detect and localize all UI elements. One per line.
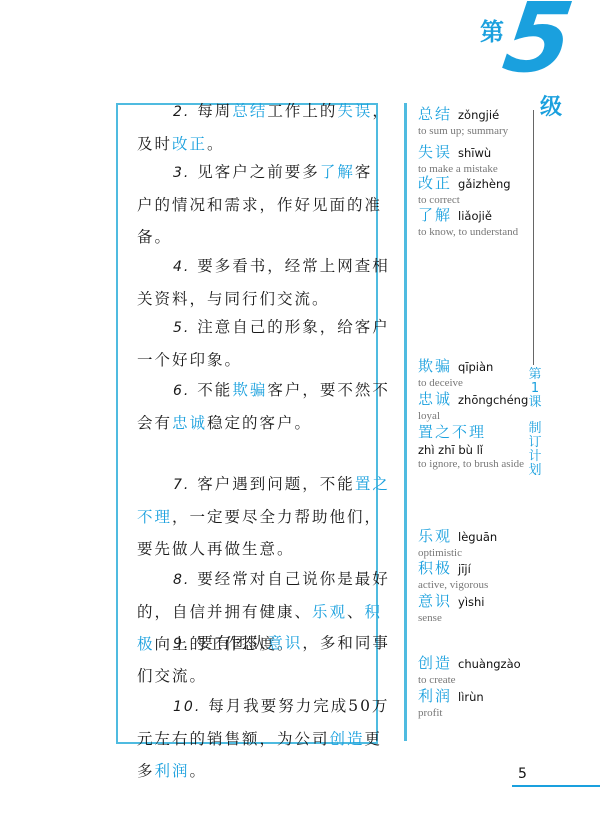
vocab-entry: 忠诚zhōngchéngloyal [418, 388, 538, 424]
vocab-highlight: 乐观 [312, 603, 347, 621]
item-number: 10. [173, 699, 201, 715]
text-segment: 要有团队 [197, 634, 267, 652]
vocab-pinyin: zǒngjié [458, 108, 499, 122]
page-number-rule [512, 785, 600, 787]
vocab-entry: 乐观lèguānoptimistic [418, 525, 538, 561]
item-number: 5. [173, 320, 190, 336]
text-segment: 元左右的销售额，为公司 [137, 730, 330, 748]
paragraph-line: 的，自信并拥有健康、乐观、积 [137, 596, 372, 628]
vocab-head: 总结zǒngjié [418, 103, 538, 124]
text-segment: ， [372, 102, 390, 120]
text-segment: 每周 [197, 102, 232, 120]
page-number: 5 [518, 766, 527, 782]
vocab-pinyin: gǎizhèng [458, 177, 511, 191]
vocab-highlight: 总结 [232, 102, 267, 120]
paragraph: 5. 注意自己的形象，给客户一个好印象。 [137, 311, 372, 376]
text-segment: ，多和同事 [302, 634, 390, 652]
level-prefix: 第 [480, 12, 504, 47]
paragraph-line: 2. 每周总结工作上的失误， [137, 95, 372, 128]
vocab-divider [404, 103, 407, 741]
text-segment: 注意自己的形象，给客户 [197, 318, 390, 336]
paragraph: 10. 每月我要努力完成50万元左右的销售额，为公司创造更多利润。 [137, 690, 372, 787]
text-segment: 多 [137, 762, 155, 780]
vocab-entry: 利润lìrùnprofit [418, 685, 538, 721]
item-number: 6. [173, 383, 190, 399]
text-segment: 更 [365, 730, 383, 748]
paragraph: 2. 每周总结工作上的失误，及时改正。 [137, 95, 372, 160]
vocab-pinyin: chuàngzào [458, 657, 521, 671]
vocab-gloss: to ignore, to brush aside [418, 457, 538, 472]
vocab-highlight: 忠诚 [172, 414, 207, 432]
vocab-pinyin: liǎojiě [458, 209, 492, 223]
paragraph-line: 7. 客户遇到问题，不能置之 [137, 468, 372, 501]
paragraph-line: 4. 要多看书，经常上网查相 [137, 250, 372, 283]
vocab-head: 积极jījí [418, 557, 538, 578]
text-segment: 及时 [137, 135, 172, 153]
paragraph: 6. 不能欺骗客户，要不然不会有忠诚稳定的客户。 [137, 374, 372, 439]
vocab-highlight: 置之 [355, 475, 390, 493]
title-char: 订 [527, 436, 543, 450]
vocab-entry: 置之不理zhì zhī bù lǐto ignore, to brush asi… [418, 421, 538, 472]
text-segment: 见客户之前要多 [197, 163, 320, 181]
paragraph-line: 一个好印象。 [137, 344, 372, 376]
paragraph-line: 会有忠诚稳定的客户。 [137, 407, 372, 439]
vocab-gloss: to sum up; summary [418, 124, 538, 139]
text-segment: 客 [355, 163, 373, 181]
level-suffix: 级 [540, 90, 562, 121]
vocab-hanzi: 乐观 [418, 527, 452, 545]
text-segment: 。 [207, 135, 225, 153]
vocab-head: 欺骗qīpiàn [418, 355, 538, 376]
paragraph: 4. 要多看书，经常上网查相关资料，与同行们交流。 [137, 250, 372, 315]
vocab-pinyin: jījí [458, 562, 471, 576]
vocab-head: 利润lìrùn [418, 685, 538, 706]
lesson-char: 1 [527, 382, 543, 396]
vocab-pinyin: qīpiàn [458, 360, 493, 374]
vocab-highlight: 不理 [137, 508, 172, 526]
vocab-hanzi: 创造 [418, 654, 452, 672]
text-segment: 每月我要努力完成50万 [208, 697, 389, 715]
text-segment: 一个好印象。 [137, 351, 242, 369]
paragraph-line: 6. 不能欺骗客户，要不然不 [137, 374, 372, 407]
vocab-head: 意识yìshi [418, 590, 538, 611]
vocab-hanzi: 总结 [418, 105, 452, 123]
vocab-entry: 了解liǎojiěto know, to understand [418, 204, 538, 240]
vocab-gloss: profit [418, 706, 538, 721]
vocab-hanzi: 利润 [418, 687, 452, 705]
vocab-hanzi: 失误 [418, 143, 452, 161]
vocab-pinyin: shīwù [458, 146, 491, 160]
paragraph: 9. 要有团队意识，多和同事们交流。 [137, 627, 372, 692]
paragraph-line: 多利润。 [137, 755, 372, 787]
vocab-hanzi: 了解 [418, 206, 452, 224]
vocab-hanzi: 改正 [418, 174, 452, 192]
text-segment: 户的情况和需求，作好见面的准 [137, 196, 382, 214]
item-number: 3. [173, 165, 190, 181]
vocab-entry: 积极jījíactive, vigorous [418, 557, 538, 593]
vocab-highlight: 意识 [267, 634, 302, 652]
title-char: 划 [527, 464, 543, 478]
paragraph-line: 要先做人再做生意。 [137, 533, 372, 565]
vocab-highlight: 创造 [330, 730, 365, 748]
vocab-hanzi: 积极 [418, 559, 452, 577]
item-number: 8. [173, 572, 190, 588]
vocab-entry: 改正gǎizhèngto correct [418, 172, 538, 208]
item-number: 9. [173, 636, 190, 652]
vocab-hanzi: 置之不理 [418, 423, 486, 441]
vocab-highlight: 失误 [337, 102, 372, 120]
vocab-entry: 创造chuàngzàoto create [418, 652, 538, 688]
text-segment: 。 [190, 762, 208, 780]
text-segment: 的，自信并拥有健康、 [137, 603, 312, 621]
vocab-highlight: 积 [365, 603, 383, 621]
lesson-char: 第 [527, 368, 543, 382]
vocab-highlight: 利润 [155, 762, 190, 780]
vocab-hanzi: 欺骗 [418, 357, 452, 375]
vocab-head: 创造chuàngzào [418, 652, 538, 673]
vocab-head: 失误shīwù [418, 141, 538, 162]
lesson-char: 课 [527, 396, 543, 410]
text-segment: 关资料，与同行们交流。 [137, 290, 330, 308]
vocab-hanzi: 忠诚 [418, 390, 452, 408]
vocab-head: 忠诚zhōngchéng [418, 388, 538, 409]
vocab-gloss: sense [418, 611, 538, 626]
text-segment: 稳定的客户。 [207, 414, 312, 432]
vocab-highlight: 了解 [320, 163, 355, 181]
paragraph-line: 元左右的销售额，为公司创造更 [137, 723, 372, 755]
lesson-title: 第 1 课 制 订 计 划 [527, 368, 543, 478]
paragraph-line: 备。 [137, 221, 372, 253]
paragraph-line: 3. 见客户之前要多了解客 [137, 156, 372, 189]
vocab-highlight: 改正 [172, 135, 207, 153]
vocab-entry: 总结zǒngjiéto sum up; summary [418, 103, 538, 139]
vocab-head: 改正gǎizhèng [418, 172, 538, 193]
text-segment: 要多看书，经常上网查相 [197, 257, 390, 275]
text-segment: 客户，要不然不 [267, 381, 390, 399]
vocab-pinyin: zhōngchéng [458, 393, 528, 407]
vocab-entry: 欺骗qīpiànto deceive [418, 355, 538, 391]
paragraph-line: 8. 要经常对自己说你是最好 [137, 563, 372, 596]
text-segment: 要先做人再做生意。 [137, 540, 295, 558]
vocab-head: 乐观lèguān [418, 525, 538, 546]
vocab-pinyin: lìrùn [458, 690, 484, 704]
text-segment: 不能 [197, 381, 232, 399]
text-segment: 要经常对自己说你是最好 [197, 570, 390, 588]
title-char: 计 [527, 450, 543, 464]
vocab-pinyin: zhì zhī bù lǐ [418, 443, 538, 457]
vocab-highlight: 欺骗 [232, 381, 267, 399]
side-divider [533, 110, 534, 365]
vocab-head: 置之不理zhì zhī bù lǐ [418, 421, 538, 457]
vocab-gloss: to know, to understand [418, 225, 538, 240]
text-segment: 、 [347, 603, 365, 621]
paragraph-line: 们交流。 [137, 660, 372, 692]
paragraph: 3. 见客户之前要多了解客户的情况和需求，作好见面的准备。 [137, 156, 372, 253]
item-number: 4. [173, 259, 190, 275]
vocab-hanzi: 意识 [418, 592, 452, 610]
paragraph: 7. 客户遇到问题，不能置之不理，一定要尽全力帮助他们，要先做人再做生意。 [137, 468, 372, 565]
paragraph-line: 10. 每月我要努力完成50万 [137, 690, 372, 723]
text-segment: ，一定要尽全力帮助他们， [172, 508, 382, 526]
vocab-pinyin: lèguān [458, 530, 497, 544]
vocab-pinyin: yìshi [458, 595, 484, 609]
vocab-head: 了解liǎojiě [418, 204, 538, 225]
paragraph-line: 5. 注意自己的形象，给客户 [137, 311, 372, 344]
vocab-entry: 意识yìshisense [418, 590, 538, 626]
text-segment: 客户遇到问题，不能 [197, 475, 355, 493]
text-segment: 工作上的 [267, 102, 337, 120]
text-segment: 会有 [137, 414, 172, 432]
title-char: 制 [527, 422, 543, 436]
paragraph-line: 9. 要有团队意识，多和同事 [137, 627, 372, 660]
level-number: 5 [498, 0, 578, 86]
paragraph-line: 不理，一定要尽全力帮助他们， [137, 501, 372, 533]
item-number: 2. [173, 104, 190, 120]
paragraph-line: 户的情况和需求，作好见面的准 [137, 189, 372, 221]
item-number: 7. [173, 477, 190, 493]
text-segment: 备。 [137, 228, 172, 246]
text-segment: 们交流。 [137, 667, 207, 685]
